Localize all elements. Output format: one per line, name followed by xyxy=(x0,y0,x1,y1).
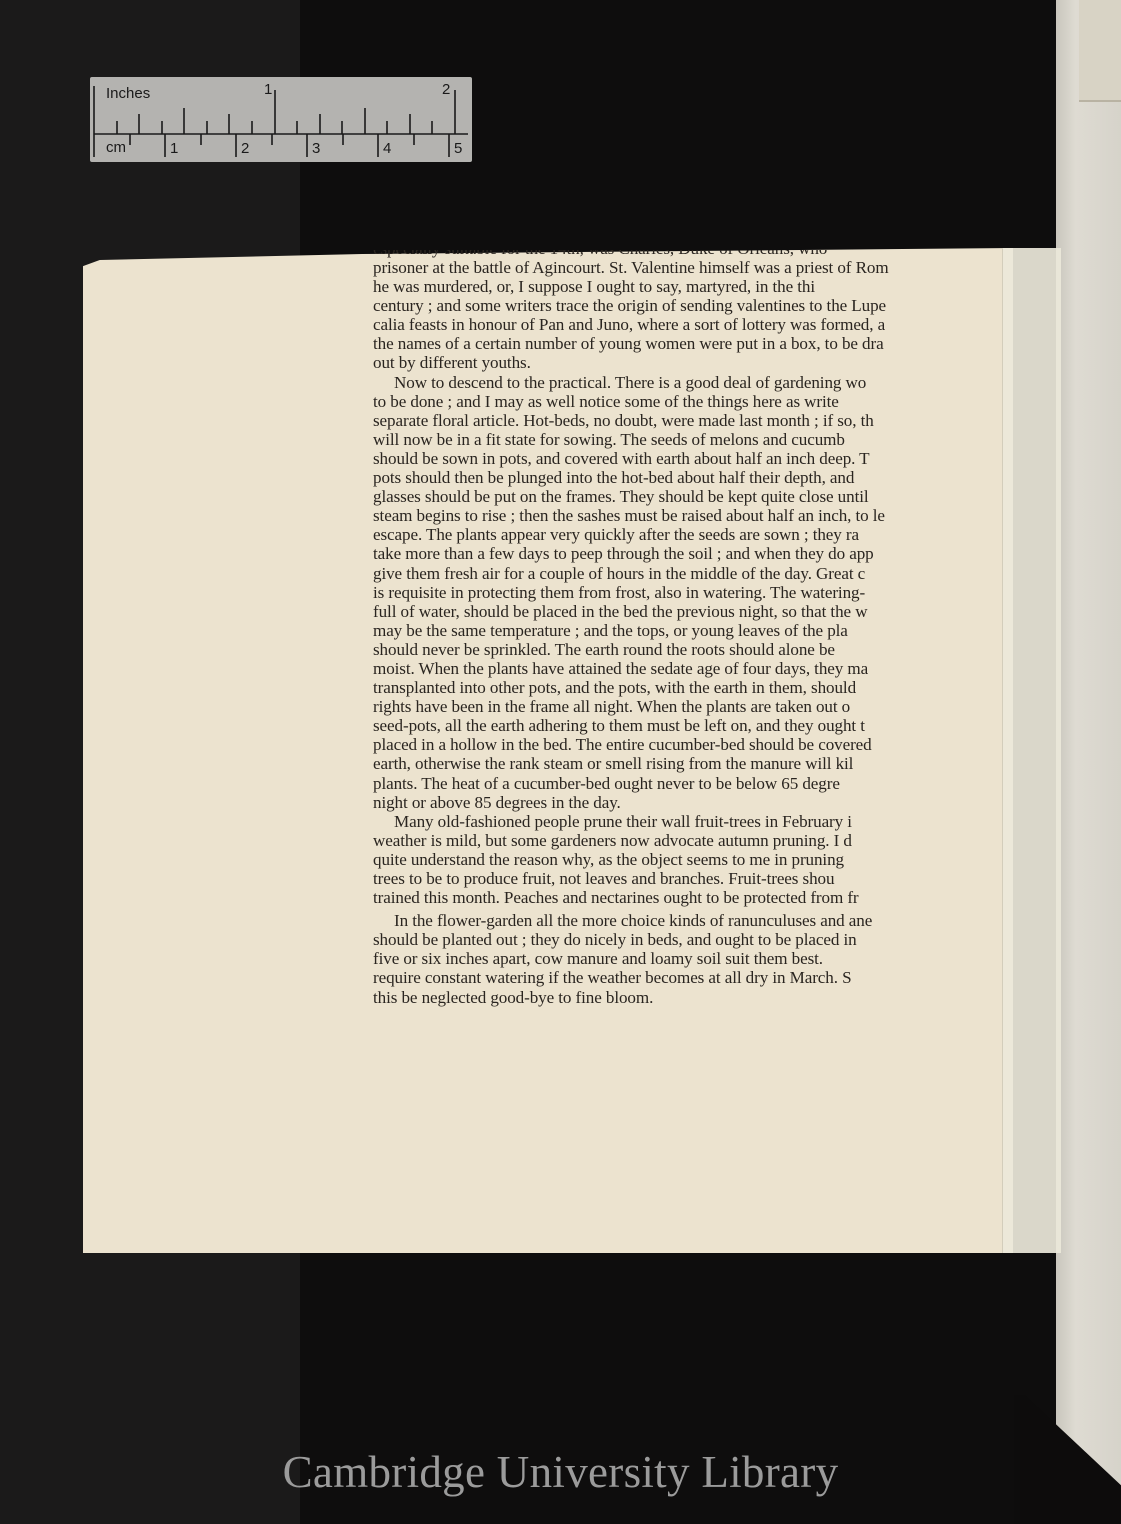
paragraph-hot-beds: Now to descend to the practical. There i… xyxy=(373,373,1063,812)
text-line: transplanted into other pots, and the po… xyxy=(373,678,1028,697)
text-line: calia feasts in honour of Pan and Juno, … xyxy=(373,315,1028,334)
text-line: rights have been in the frame all night.… xyxy=(373,697,1028,716)
ruler-cm-mark: 1 xyxy=(170,140,178,157)
text-line: Many old-fashioned people prune their wa… xyxy=(373,812,1049,831)
text-line: quite understand the reason why, as the … xyxy=(373,850,1028,869)
text-line: seed-pots, all the earth adhering to the… xyxy=(373,716,1028,735)
library-watermark: Cambridge University Library xyxy=(0,1446,1121,1498)
text-line: escape. The plants appear very quickly a… xyxy=(373,525,1028,544)
text-line: trained this month. Peaches and nectarin… xyxy=(373,888,1028,907)
paragraph-valentine: prisoner at the battle of Agincourt. St.… xyxy=(373,258,1063,373)
ruler-inches-label: Inches xyxy=(106,85,150,102)
ruler-cm-mark: 4 xyxy=(383,140,391,157)
text-line: In the flower-garden all the more choice… xyxy=(373,911,1049,930)
text-line: night or above 85 degrees in the day. xyxy=(373,793,1028,812)
article-text: especially suitable for the 14th, was Ch… xyxy=(373,250,1063,1007)
scale-ruler: Inches 1 2 cm 1 2 3 4 5 xyxy=(90,77,472,162)
text-line: to be done ; and I may as well notice so… xyxy=(373,392,1028,411)
text-line: prisoner at the battle of Agincourt. St.… xyxy=(373,258,1028,277)
text-line: steam begins to rise ; then the sashes m… xyxy=(373,506,1028,525)
text-line: this be neglected good-bye to fine bloom… xyxy=(373,988,1028,1007)
adjacent-page-tab xyxy=(1079,0,1121,102)
text-line: should be sown in pots, and covered with… xyxy=(373,449,1028,468)
text-line: earth, otherwise the rank steam or smell… xyxy=(373,754,1028,773)
adjacent-page-edge xyxy=(1056,0,1121,1524)
text-line: should be planted out ; they do nicely i… xyxy=(373,930,1028,949)
text-line: separate floral article. Hot-beds, no do… xyxy=(373,411,1028,430)
paragraph-flower-garden: In the flower-garden all the more choice… xyxy=(373,911,1063,1006)
text-line: five or six inches apart, cow manure and… xyxy=(373,949,1028,968)
text-line: require constant watering if the weather… xyxy=(373,968,1028,987)
ruler-cm-mark: 5 xyxy=(454,140,462,157)
text-line: moist. When the plants have attained the… xyxy=(373,659,1028,678)
ruler-inch-mark: 2 xyxy=(442,81,450,98)
text-line: should never be sprinkled. The earth rou… xyxy=(373,640,1028,659)
text-line: pots should then be plunged into the hot… xyxy=(373,468,1028,487)
text-line: the names of a certain number of young w… xyxy=(373,334,1028,353)
text-line: give them fresh air for a couple of hour… xyxy=(373,564,1028,583)
text-line: weather is mild, but some gardeners now … xyxy=(373,831,1028,850)
ruler-cm-label: cm xyxy=(106,139,126,156)
text-line: glasses should be put on the frames. The… xyxy=(373,487,1028,506)
text-line: trees to be to produce fruit, not leaves… xyxy=(373,869,1028,888)
ruler-cm-mark: 2 xyxy=(241,140,249,157)
text-line: may be the same temperature ; and the to… xyxy=(373,621,1028,640)
text-line: placed in a hollow in the bed. The entir… xyxy=(373,735,1028,754)
cut-off-line: especially suitable for the 14th, was Ch… xyxy=(373,250,1028,258)
text-line: out by different youths. xyxy=(373,353,1028,372)
paragraph-pruning: Many old-fashioned people prune their wa… xyxy=(373,812,1063,907)
text-line: Now to descend to the practical. There i… xyxy=(373,373,1049,392)
text-line: plants. The heat of a cucumber-bed ought… xyxy=(373,774,1028,793)
text-line: full of water, should be placed in the b… xyxy=(373,602,1028,621)
text-line: is requisite in protecting them from fro… xyxy=(373,583,1028,602)
text-line: century ; and some writers trace the ori… xyxy=(373,296,1028,315)
text-line: take more than a few days to peep throug… xyxy=(373,544,1028,563)
text-line: will now be in a fit state for sowing. T… xyxy=(373,430,1028,449)
ruler-cm-mark: 3 xyxy=(312,140,320,157)
ruler-inch-mark: 1 xyxy=(264,81,272,98)
text-line: he was murdered, or, I suppose I ought t… xyxy=(373,277,1028,296)
